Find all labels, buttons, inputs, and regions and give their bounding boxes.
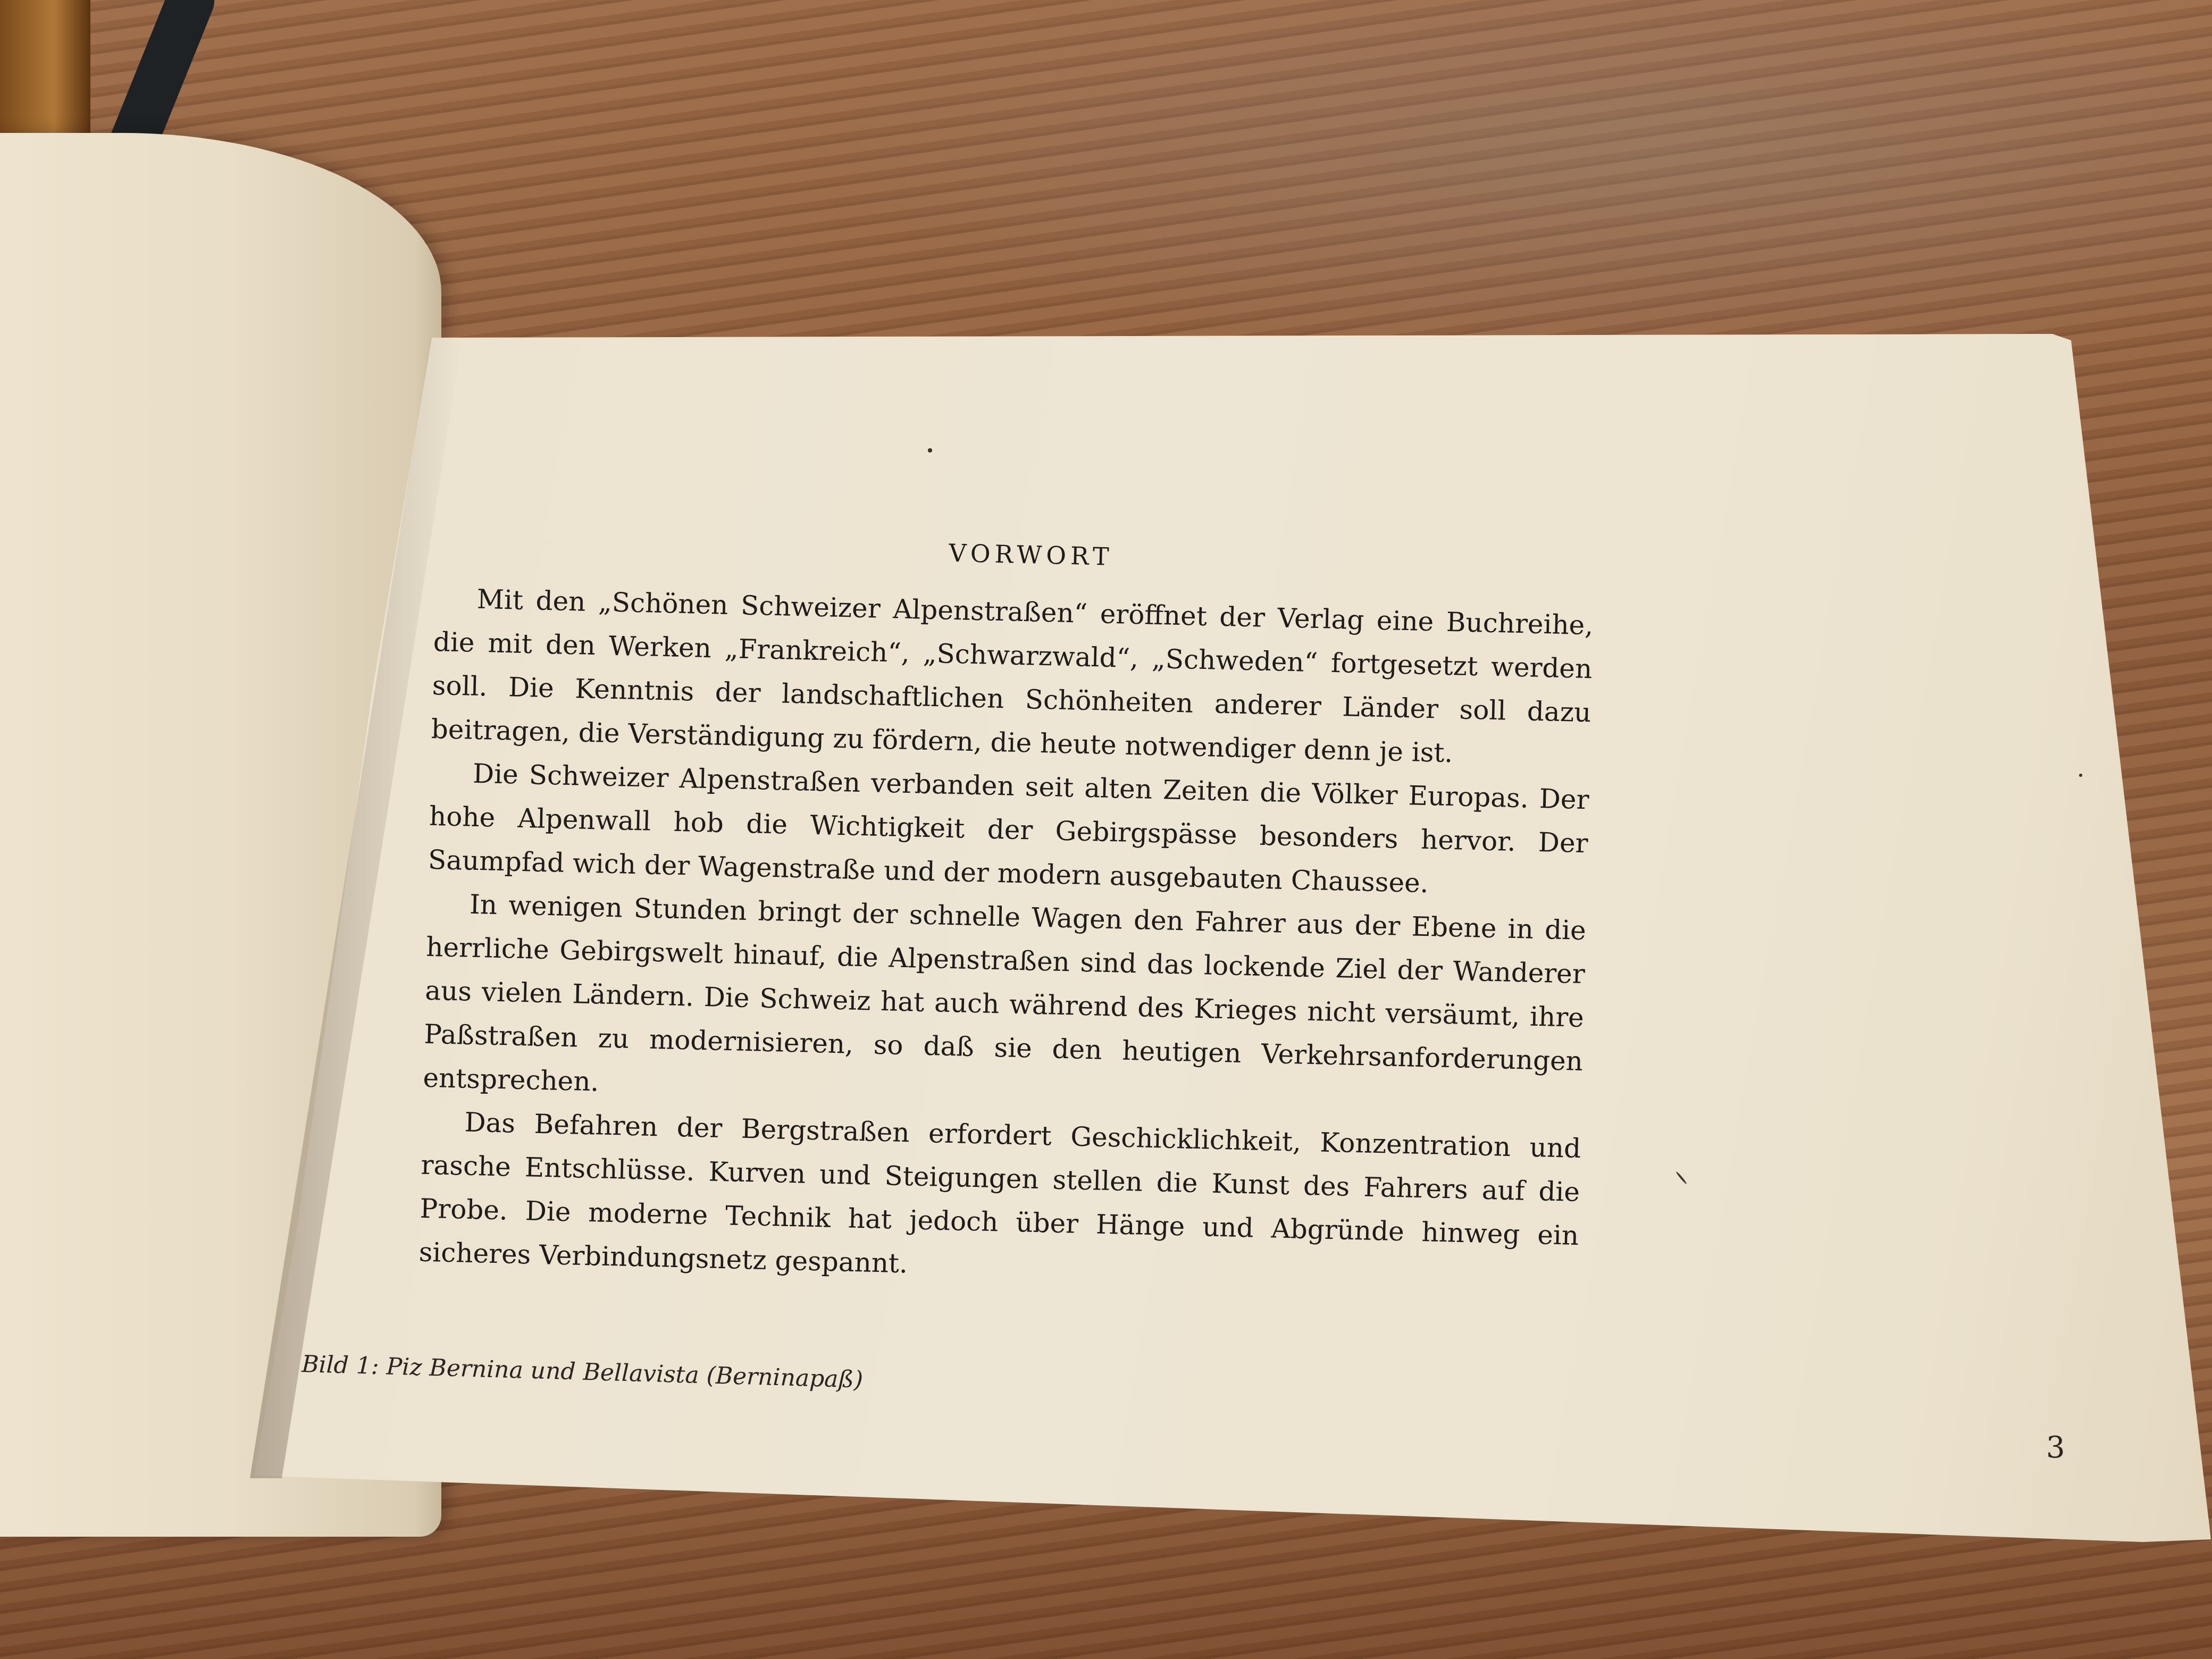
paragraph-1: Mit den „Schönen Schweizer Alpenstraßen“… [431,576,1594,778]
paragraph-3: In wenigen Stunden bringt der schnelle W… [423,882,1587,1127]
table-wear [798,0,2212,372]
foreword-text-block: VORWORT Mit den „Schönen Schweizer Alpen… [418,526,1595,1301]
page-number: 3 [2046,1430,2065,1465]
chair-edge [0,0,90,133]
paragraph-4: Das Befahren der Bergstraßen erfordert G… [418,1100,1581,1301]
paper-speck [928,448,932,453]
paper-speck [2079,774,2082,777]
